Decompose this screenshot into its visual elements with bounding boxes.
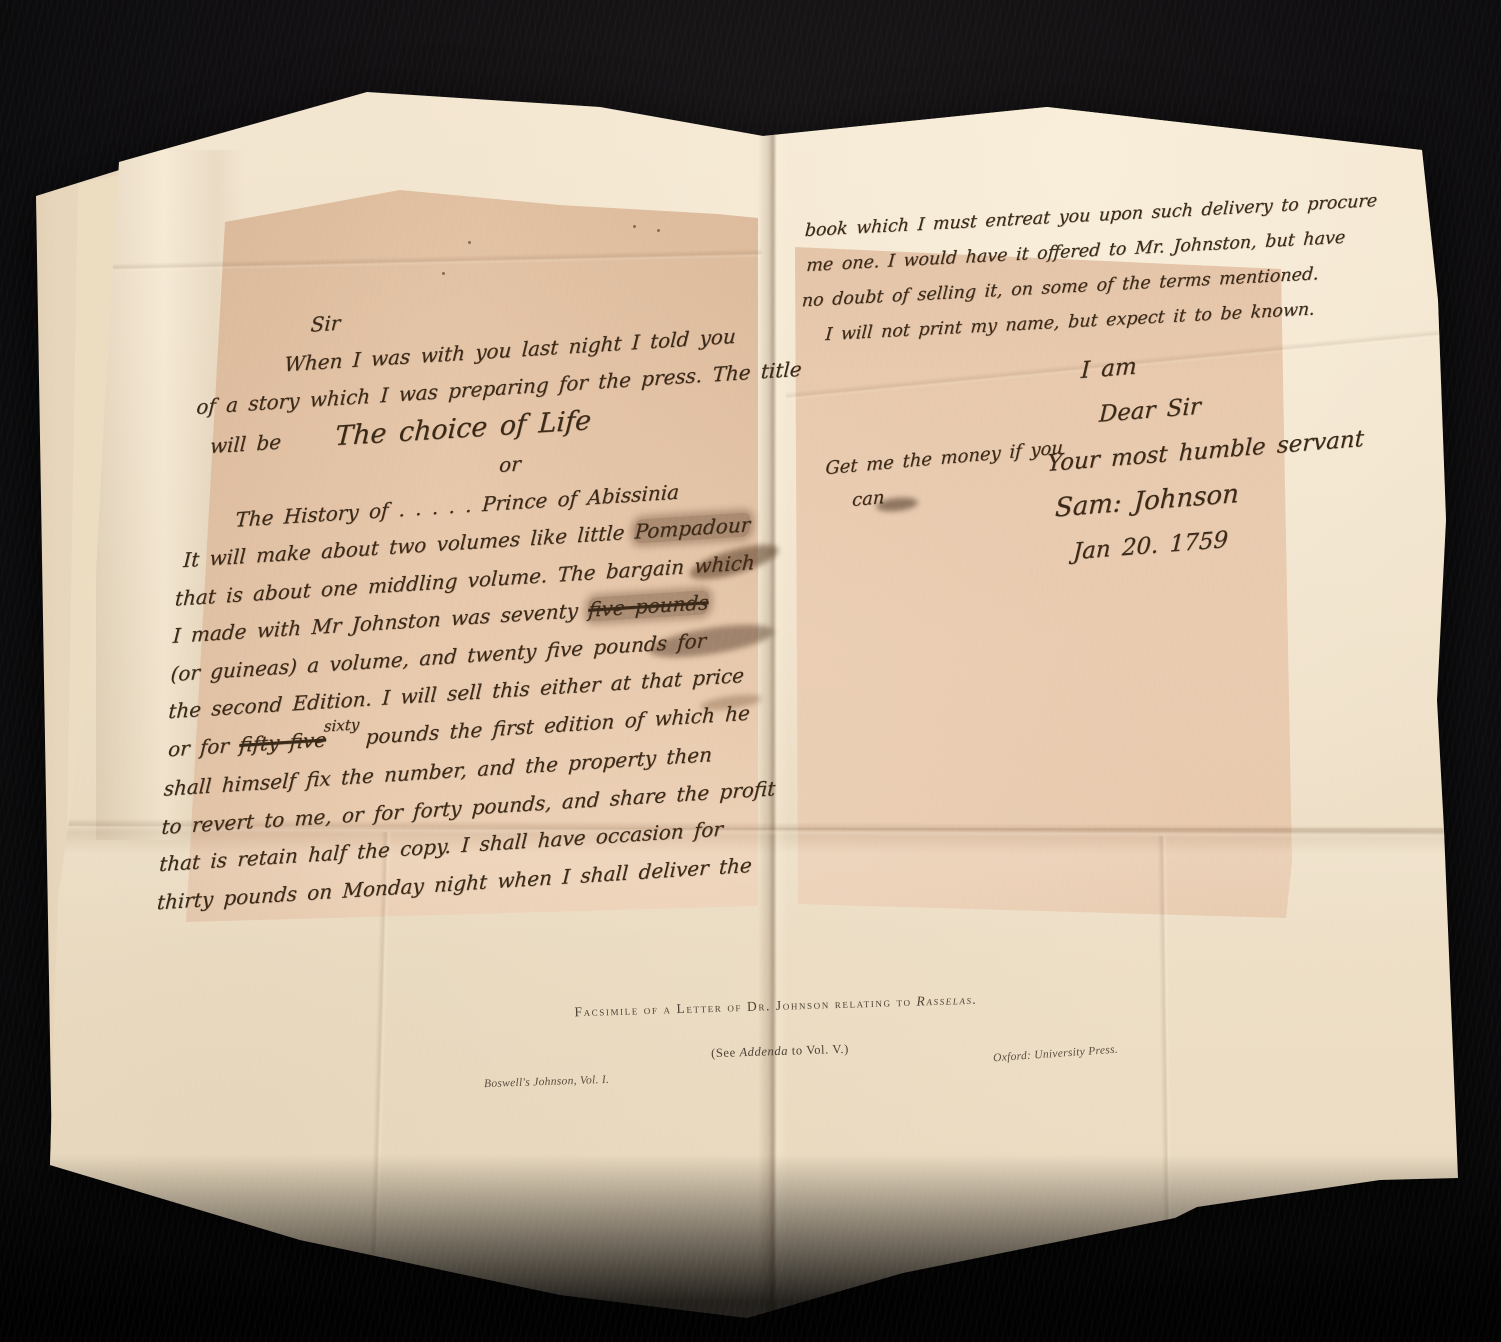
paper-speck [442, 272, 445, 275]
imprint-publisher: Oxford: University Press. [993, 1044, 1119, 1065]
foldout-sheet: Sir When I was with you last night I tol… [0, 0, 1501, 1342]
imprint-volume: Boswell's Johnson, Vol. I. [484, 1074, 610, 1090]
struck-smudged-word: five pounds [588, 590, 710, 622]
smudged-word: Pompadour [634, 512, 751, 543]
paper-speck [657, 229, 660, 232]
plate-subcaption-post: to Vol. V.) [788, 1042, 849, 1058]
letter-right-page-text: book which I must entreat you upon such … [796, 185, 1365, 355]
letter-left-page-text: Sir When I was with you last night I tol… [156, 275, 811, 921]
foldout-plate: Sir When I was with you last night I tol… [0, 0, 1501, 1342]
letter-closing: I am Dear Sir Your most humble servant S… [1032, 326, 1369, 578]
handwriting-segment: will be [209, 429, 282, 458]
plate-caption: Facsimile of a Letter of Dr. Johnson rel… [526, 990, 1026, 1022]
inserted-correction-word: sixty [323, 715, 359, 735]
plate-caption-text: Facsimile of a Letter of Dr. Johnson rel… [574, 994, 917, 1020]
plate-subcaption-pre: (See [711, 1045, 740, 1060]
handwriting-segment: or for [167, 732, 240, 761]
paper-speck [633, 225, 636, 228]
photo-background: Sir When I was with you last night I tol… [0, 0, 1501, 1342]
struck-word: fifty five [239, 727, 327, 757]
plate-subcaption-italic: Addenda [739, 1044, 788, 1060]
plate-subcaption: (See Addenda to Vol. V.) [640, 1040, 920, 1064]
paper-speck [468, 241, 471, 244]
plate-caption-title-italic: Rasselas. [916, 992, 977, 1009]
